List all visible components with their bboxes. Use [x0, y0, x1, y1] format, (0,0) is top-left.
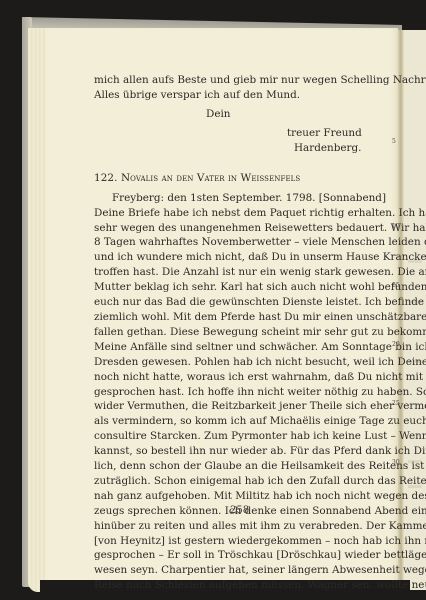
text-line: gesprochen hast. Ich hoffe ihn nicht wei…: [94, 385, 386, 400]
text-line: mich allen aufs Beste und gieb mir nur w…: [94, 73, 386, 88]
text-line: lich, denn schon der Glaube an die Heils…: [94, 459, 386, 474]
letter-dateline: Freyberg: den 1sten September. 1798. [So…: [94, 191, 386, 206]
letter-closing: Dein treuer Freund Hardenberg.: [94, 103, 386, 163]
text-line: als vermindern, so komm ich auf Michaëli…: [94, 414, 386, 429]
line-number: 10: [392, 223, 400, 230]
text-line: sehr wegen des unangenehmen Reisewetters…: [94, 221, 386, 236]
letter-body: Deine Briefe habe ich nebst dem Paquet r…: [94, 206, 386, 594]
line-number: 15: [392, 282, 400, 289]
text-line: [von Heynitz] ist gestern wiedergekommen…: [94, 534, 386, 549]
text-line: und ich wundere mich nicht, daß Du in un…: [94, 250, 386, 265]
text-line: euch nur das Bad die gewünschten Dienste…: [94, 295, 386, 310]
text-line: kannst, so bestell ihn nur wieder ab. Fü…: [94, 444, 386, 459]
text-line: Alles übrige verspar ich auf den Mund.: [94, 88, 386, 103]
text-line: ziemlich wohl. Mit dem Pferde hast Du mi…: [94, 310, 386, 325]
text-line: consultire Starcken. Zum Pyrmonter hab i…: [94, 429, 386, 444]
line-number: 25: [392, 400, 400, 407]
signature: Hardenberg.: [294, 141, 361, 156]
text-line: Deine Briefe habe ich nebst dem Paquet r…: [94, 206, 386, 221]
line-number: 5: [392, 138, 396, 145]
text-line: zuträglich. Schon einigemal hab ich den …: [94, 474, 386, 489]
letter-ending: mich allen aufs Beste und gieb mir nur w…: [94, 73, 386, 103]
text-line: gesprochen – Er soll in Tröschkau [Drösc…: [94, 548, 386, 563]
text-line: wesen seyn. Charpentier hat, seiner läng…: [94, 563, 386, 578]
page-number: 258: [230, 505, 249, 516]
text-line: noch nicht hatte, woraus ich erst wahrna…: [94, 370, 386, 385]
salutation: Dein: [206, 107, 231, 122]
letter-heading: 122. Novalis an den Vater in Weissenfels: [94, 171, 386, 186]
text-line: Dresden gewesen. Pohlen hab ich nicht be…: [94, 355, 386, 370]
text-line: fallen gethan. Diese Bewegung scheint mi…: [94, 325, 386, 340]
line-number: 20: [392, 341, 400, 348]
text-line: Meine Anfälle sind seltner und schwächer…: [94, 340, 386, 355]
text-line: Reise nach Schlesien aufgeben müssen. Wa…: [94, 578, 386, 593]
book-photo: mich allen aufs Beste und gieb mir nur w…: [0, 0, 426, 600]
closing-phrase: treuer Freund: [287, 126, 362, 141]
text-line: Mutter beklag ich sehr. Karl hat sich au…: [94, 280, 386, 295]
text-line: 8 Tagen wahrhaftes Novemberwetter – viel…: [94, 235, 386, 250]
text-line: hinüber zu reiten und alles mit ihm zu v…: [94, 519, 386, 534]
text-line: troffen hast. Die Anzahl ist nur ein wen…: [94, 265, 386, 280]
line-number: 30: [392, 459, 400, 466]
text-line: nah ganz aufgehoben. Mit Miltitz hab ich…: [94, 489, 386, 504]
text-line: wider Vermuthen, die Reitzbarkeit jener …: [94, 399, 386, 414]
